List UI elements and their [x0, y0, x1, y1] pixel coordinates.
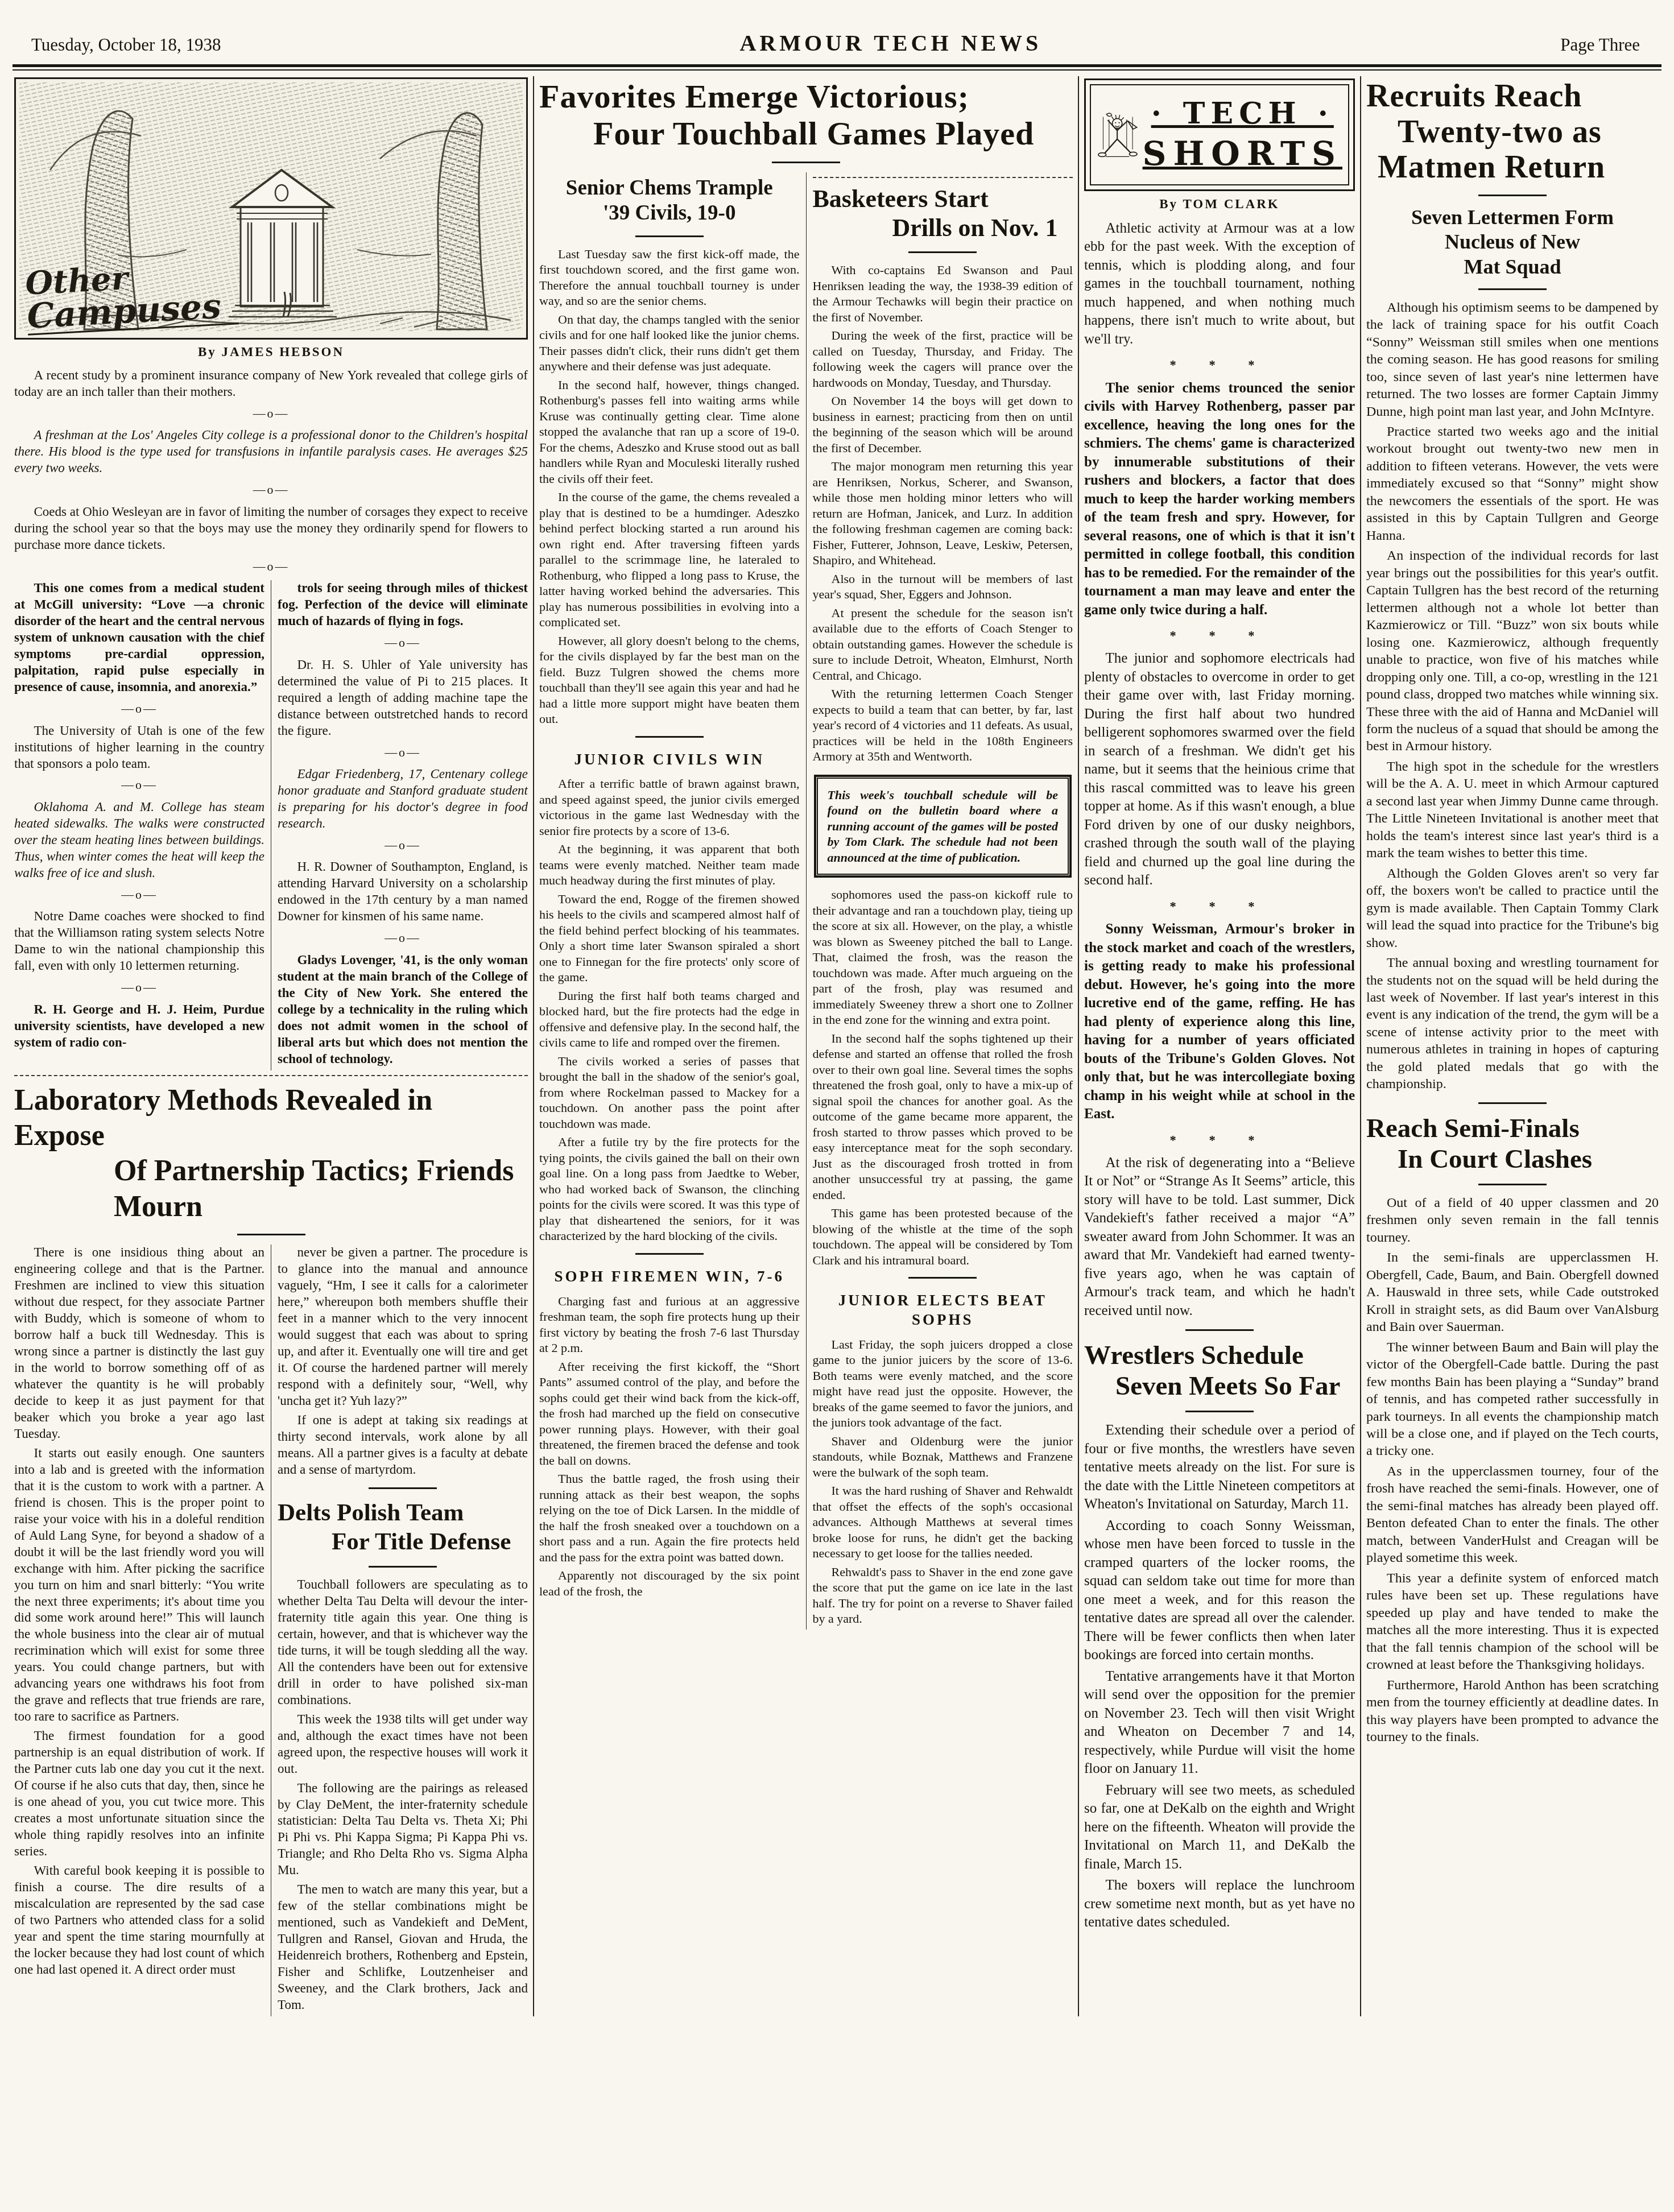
- paragraph: The high spot in the schedule for the wr…: [1366, 758, 1659, 862]
- senior-chems-subhead-line1: Senior Chems Trample: [539, 176, 800, 201]
- favorites-headline-line2: Four Touchball Games Played: [539, 115, 1073, 152]
- item-divider: —o—: [278, 745, 528, 761]
- story-headline: Delts Polish TeamFor Title Defense: [278, 1498, 528, 1557]
- paragraph: The junior and sophomore electricals had…: [1084, 650, 1355, 890]
- other-campuses-byline: By JAMES HEBSON: [14, 344, 528, 361]
- wrestlers-headline-line1: Wrestlers Schedule: [1084, 1340, 1355, 1371]
- paragraph: In the course of the game, the chems rev…: [539, 489, 800, 630]
- paragraph: This one comes from a medical student at…: [14, 580, 264, 696]
- tech-shorts-box-inner: · TECH · SHORTS: [1090, 84, 1349, 185]
- section-dashed-rule: [813, 177, 1073, 178]
- paragraph: R. H. George and H. J. Heim, Purdue univ…: [14, 1002, 264, 1051]
- semifinals-headline: Reach Semi-Finals In Court Clashes: [1366, 1113, 1659, 1175]
- paragraph: The civils worked a series of passes tha…: [539, 1053, 800, 1132]
- basketeers-story: Basketeers Start Drills on Nov. 1 With c…: [813, 172, 1073, 1630]
- paragraph: Charging fast and furious at an aggressi…: [539, 1293, 800, 1356]
- paragraph: Edgar Friedenberg, 17, Centenary college…: [278, 766, 528, 832]
- paragraph: Athletic activity at Armour was at a low…: [1084, 220, 1355, 349]
- paragraph: The following are the pairings as releas…: [278, 1780, 528, 1879]
- item-divider: —o—: [14, 778, 264, 793]
- paragraph: Although his optimism seems to be dampen…: [1366, 299, 1659, 420]
- paragraph: never be given a partner. The procedure …: [278, 1244, 528, 1409]
- laboratory-two-columns: There is one insidious thing about an en…: [14, 1244, 528, 2016]
- paragraph: On November 14 the boys will get down to…: [813, 393, 1073, 456]
- item-divider: —o—: [14, 980, 264, 996]
- paragraph: The senior chems trounced the senior civ…: [1084, 379, 1355, 620]
- masthead-page-number: Page Three: [1560, 35, 1640, 55]
- stars-divider: * * *: [1084, 898, 1355, 915]
- headline-rule: [1478, 1184, 1547, 1185]
- recruits-body: Although his optimism seems to be dampen…: [1366, 299, 1659, 1093]
- story-headline-line2: For Title Defense: [278, 1527, 528, 1557]
- paragraph: sophomores used the pass-on kickoff rule…: [813, 887, 1073, 1028]
- recruits-headline-line1: Recruits Reach: [1366, 78, 1659, 114]
- paragraph: During the first half both teams charged…: [539, 988, 800, 1051]
- masthead: Tuesday, October 18, 1938 ARMOUR TECH NE…: [0, 0, 1674, 64]
- paragraph: The boxers will replace the lunchroom cr…: [1084, 1876, 1355, 1932]
- section-dashed-rule: [14, 1075, 528, 1076]
- tech-shorts-title-line2: SHORTS: [1143, 133, 1342, 175]
- paragraph: Also in the turnout will be members of l…: [813, 571, 1073, 602]
- item-divider: —o—: [14, 406, 528, 422]
- paragraph: Last Friday, the soph juicers dropped a …: [813, 1337, 1073, 1430]
- paragraph: The winner between Baum and Bain will pl…: [1366, 1339, 1659, 1460]
- senior-chems-body: Last Tuesday saw the first kick-off made…: [539, 246, 800, 1599]
- senior-chems-story: Senior Chems Trample '39 Civils, 19-0 La…: [539, 172, 800, 1630]
- favorites-headline-line1: Favorites Emerge Victorious;: [539, 78, 1073, 115]
- recruits-subhead-line2: Nucleus of New: [1366, 230, 1659, 254]
- newspaper-page: Tuesday, October 18, 1938 ARMOUR TECH NE…: [0, 0, 1674, 2212]
- paragraph: February will see two meets, as schedule…: [1084, 1781, 1355, 1874]
- basketeers-subhead: Basketeers Start Drills on Nov. 1: [813, 185, 1073, 242]
- paragraph: Shaver and Oldenburg were the junior sta…: [813, 1433, 1073, 1481]
- paragraph: An inspection of the individual records …: [1366, 547, 1659, 755]
- paragraph: Tentative arrangements have it that Mort…: [1084, 1668, 1355, 1779]
- paragraph: Out of a field of 40 upper classmen and …: [1366, 1194, 1659, 1246]
- story-headline-line1: Delts Polish Team: [278, 1498, 528, 1528]
- senior-chems-subhead: Senior Chems Trample '39 Civils, 19-0: [539, 176, 800, 226]
- masthead-double-rule: [13, 64, 1661, 71]
- basketeers-subhead-line2: Drills on Nov. 1: [813, 214, 1073, 243]
- paragraph: After receiving the first kickoff, the “…: [539, 1359, 800, 1469]
- paragraph: Thus the battle raged, the frosh using t…: [539, 1471, 800, 1565]
- paragraph: This game has been protested because of …: [813, 1205, 1073, 1268]
- other-campuses-title: Other Campuses: [24, 257, 239, 335]
- column-rule: [271, 1244, 271, 2016]
- separator-rule: [635, 1253, 704, 1255]
- separator-rule: [908, 1277, 977, 1279]
- favorites-headline: Favorites Emerge Victorious; Four Touchb…: [539, 78, 1073, 152]
- column-rule: [806, 172, 807, 1630]
- column-matmen: Recruits Reach Twenty-two as Matmen Retu…: [1366, 76, 1659, 2016]
- other-campuses-two-columns: This one comes from a medical student at…: [14, 580, 528, 1070]
- column-other-campuses: Other Campuses By JAMES HEBSON A recent …: [14, 76, 528, 2016]
- paragraph: The University of Utah is one of the few…: [14, 723, 264, 772]
- item-divider: —o—: [14, 887, 264, 903]
- paragraph: Furthermore, Harold Anthon has been scra…: [1366, 1677, 1659, 1746]
- page-columns: Other Campuses By JAMES HEBSON A recent …: [0, 71, 1674, 2016]
- paragraph: In the semi-finals are upperclassmen H. …: [1366, 1249, 1659, 1336]
- paragraph: In the second half the sophs tightened u…: [813, 1031, 1073, 1203]
- headline-rule: [1185, 1411, 1254, 1412]
- campus-illustration: Other Campuses: [14, 77, 528, 340]
- paragraph: As in the upperclassmen tourney, four of…: [1366, 1463, 1659, 1567]
- paragraph: A recent study by a prominent insurance …: [14, 367, 528, 400]
- paragraph: Gladys Lovenger, '41, is the only woman …: [278, 952, 528, 1068]
- subhead-rule: [635, 235, 704, 237]
- paragraph: The firmest foundation for a good partne…: [14, 1728, 264, 1860]
- paragraph: At the beginning, it was apparent that b…: [539, 841, 800, 888]
- stars-divider: * * *: [1084, 1132, 1355, 1148]
- paragraph: Sonny Weissman, Armour's broker in the s…: [1084, 920, 1355, 1124]
- touchball-two-columns: Senior Chems Trample '39 Civils, 19-0 La…: [539, 172, 1073, 1630]
- item-divider: —o—: [278, 931, 528, 946]
- recruits-headline-line2: Twenty-two as: [1366, 114, 1659, 150]
- cheerleader-cartoon-icon: [1097, 92, 1139, 177]
- paragraph: With the returning lettermen Coach Steng…: [813, 686, 1073, 764]
- semifinals-headline-line2: In Court Clashes: [1366, 1144, 1659, 1175]
- paragraph: However, all glory doesn't belong to the…: [539, 633, 800, 727]
- laboratory-left-column: There is one insidious thing about an en…: [14, 1244, 264, 2016]
- paragraph: Last Tuesday saw the first kick-off made…: [539, 246, 800, 309]
- paragraph: A freshman at the Los' Angeles City coll…: [14, 427, 528, 477]
- tech-shorts-title-line1: · TECH ·: [1143, 94, 1342, 133]
- basketeers-subhead-line1: Basketeers Start: [813, 185, 1073, 214]
- paragraph: At the risk of degenerating into a “Beli…: [1084, 1154, 1355, 1321]
- article-subhead: SOPH FIREMEN WIN, 7-6: [539, 1267, 800, 1287]
- item-divider: —o—: [14, 482, 528, 498]
- column-rule: [271, 580, 271, 1070]
- paragraph: Oklahoma A. and M. College has steam hea…: [14, 799, 264, 882]
- wrestlers-headline: Wrestlers Schedule Seven Meets So Far: [1084, 1340, 1355, 1401]
- paragraph: trols for seeing through miles of thicke…: [278, 580, 528, 630]
- tech-shorts-body: Athletic activity at Armour was at a low…: [1084, 220, 1355, 1321]
- wrestlers-body: Extending their schedule over a period o…: [1084, 1421, 1355, 1932]
- separator-rule: [635, 736, 704, 738]
- subhead-rule: [1478, 288, 1547, 290]
- paragraph: Rehwaldt's pass to Shaver in the end zon…: [813, 1564, 1073, 1627]
- story-separator-rule: [1478, 1102, 1547, 1104]
- masthead-title: ARMOUR TECH NEWS: [739, 30, 1041, 56]
- headline-rule: [1478, 195, 1547, 196]
- stars-divider: * * *: [1084, 627, 1355, 644]
- paragraph: In the second half, however, things chan…: [539, 377, 800, 487]
- paragraph: Practice started two weeks ago and the i…: [1366, 423, 1659, 544]
- paragraph: Apparently not discouraged by the six po…: [539, 1568, 800, 1599]
- paragraph: Although the Golden Gloves aren't so ver…: [1366, 865, 1659, 952]
- tech-shorts-box: · TECH · SHORTS: [1084, 78, 1355, 191]
- article-subhead: JUNIOR CIVILS WIN: [539, 750, 800, 770]
- paragraph: Notre Dame coaches were shocked to find …: [14, 908, 264, 974]
- paragraph: This year a definite system of enforced …: [1366, 1570, 1659, 1674]
- paragraph: It was the hard rushing of Shaver and Re…: [813, 1483, 1073, 1561]
- column-tech-shorts: · TECH · SHORTS By TOM CLARK Athletic ac…: [1084, 76, 1355, 2016]
- item-divider: —o—: [278, 838, 528, 854]
- paragraph: With careful book keeping it is possible…: [14, 1863, 264, 1978]
- paragraph: Coeds at Ohio Wesleyan are in favor of l…: [14, 504, 528, 553]
- paragraph: Touchball followers are speculating as t…: [278, 1577, 528, 1709]
- headline-rule: [237, 1234, 305, 1235]
- other-campuses-right-column: trols for seeing through miles of thicke…: [278, 580, 528, 1070]
- semifinals-headline-line1: Reach Semi-Finals: [1366, 1113, 1659, 1144]
- item-divider: —o—: [14, 701, 264, 717]
- tech-shorts-title: · TECH · SHORTS: [1143, 94, 1342, 176]
- tech-shorts-byline: By TOM CLARK: [1084, 196, 1355, 213]
- paragraph: On that day, the champs tangled with the…: [539, 312, 800, 374]
- paragraph: It starts out easily enough. One saunter…: [14, 1445, 264, 1725]
- paragraph: There is one insidious thing about an en…: [14, 1244, 264, 1442]
- touchball-schedule-notice: This week's touchball schedule will be f…: [814, 775, 1072, 878]
- laboratory-right-column: never be given a partner. The procedure …: [278, 1244, 528, 2016]
- recruits-subhead: Seven Lettermen Form Nucleus of New Mat …: [1366, 205, 1659, 279]
- laboratory-headline-line2: Of Partnership Tactics; Friends Mourn: [14, 1153, 528, 1225]
- paragraph: According to coach Sonny Weissman, whose…: [1084, 1517, 1355, 1665]
- masthead-date: Tuesday, October 18, 1938: [31, 35, 221, 55]
- paragraph: After a terrific battle of brawn against…: [539, 776, 800, 838]
- paragraph: This week the 1938 tilts will get under …: [278, 1711, 528, 1777]
- story-separator-rule: [1185, 1329, 1254, 1331]
- article-subhead: JUNIOR ELECTS BEAT SOPHS: [813, 1291, 1073, 1330]
- basketeers-body: With co-captains Ed Swanson and Paul Hen…: [813, 262, 1073, 1627]
- senior-chems-subhead-line2: '39 Civils, 19-0: [539, 201, 800, 226]
- recruits-headline-line3: Matmen Return: [1366, 150, 1659, 185]
- other-campuses-intro: A recent study by a prominent insurance …: [14, 367, 528, 574]
- item-divider: —o—: [14, 559, 528, 575]
- laboratory-headline-line1: Laboratory Methods Revealed in Expose: [14, 1083, 528, 1154]
- paragraph: The major monogram men returning this ye…: [813, 458, 1073, 568]
- paragraph: H. R. Downer of Southampton, England, is…: [278, 859, 528, 925]
- column-touchball: Favorites Emerge Victorious; Four Touchb…: [539, 76, 1073, 2016]
- paragraph: After a futile try by the fire protects …: [539, 1134, 800, 1244]
- paragraph: The annual boxing and wrestling tourname…: [1366, 954, 1659, 1093]
- paragraph: With co-captains Ed Swanson and Paul Hen…: [813, 262, 1073, 325]
- separator-rule: [369, 1566, 437, 1568]
- stars-divider: * * *: [1084, 357, 1355, 373]
- paragraph: During the week of the first, practice w…: [813, 328, 1073, 390]
- recruits-headline: Recruits Reach Twenty-two as Matmen Retu…: [1366, 78, 1659, 185]
- paragraph: At present the schedule for the season i…: [813, 605, 1073, 684]
- laboratory-headline: Laboratory Methods Revealed in Expose Of…: [14, 1083, 528, 1225]
- column-rule: [533, 76, 534, 2016]
- recruits-subhead-line3: Mat Squad: [1366, 255, 1659, 279]
- paragraph: Dr. H. S. Uhler of Yale university has d…: [278, 657, 528, 739]
- wrestlers-headline-line2: Seven Meets So Far: [1084, 1371, 1355, 1401]
- subhead-rule: [908, 251, 977, 253]
- paragraph: If one is adept at taking six readings a…: [278, 1412, 528, 1478]
- semifinals-body: Out of a field of 40 upper classmen and …: [1366, 1194, 1659, 1746]
- separator-rule: [369, 1487, 437, 1489]
- headline-rule: [772, 162, 840, 163]
- paragraph: Toward the end, Rogge of the firemen sho…: [539, 891, 800, 985]
- column-rule: [1078, 76, 1079, 2016]
- paragraph: The men to watch are many this year, but…: [278, 1882, 528, 2013]
- item-divider: —o—: [278, 635, 528, 651]
- paragraph: Extending their schedule over a period o…: [1084, 1421, 1355, 1514]
- recruits-subhead-line1: Seven Lettermen Form: [1366, 205, 1659, 230]
- other-campuses-left-column: This one comes from a medical student at…: [14, 580, 264, 1070]
- column-rule: [1360, 76, 1361, 2016]
